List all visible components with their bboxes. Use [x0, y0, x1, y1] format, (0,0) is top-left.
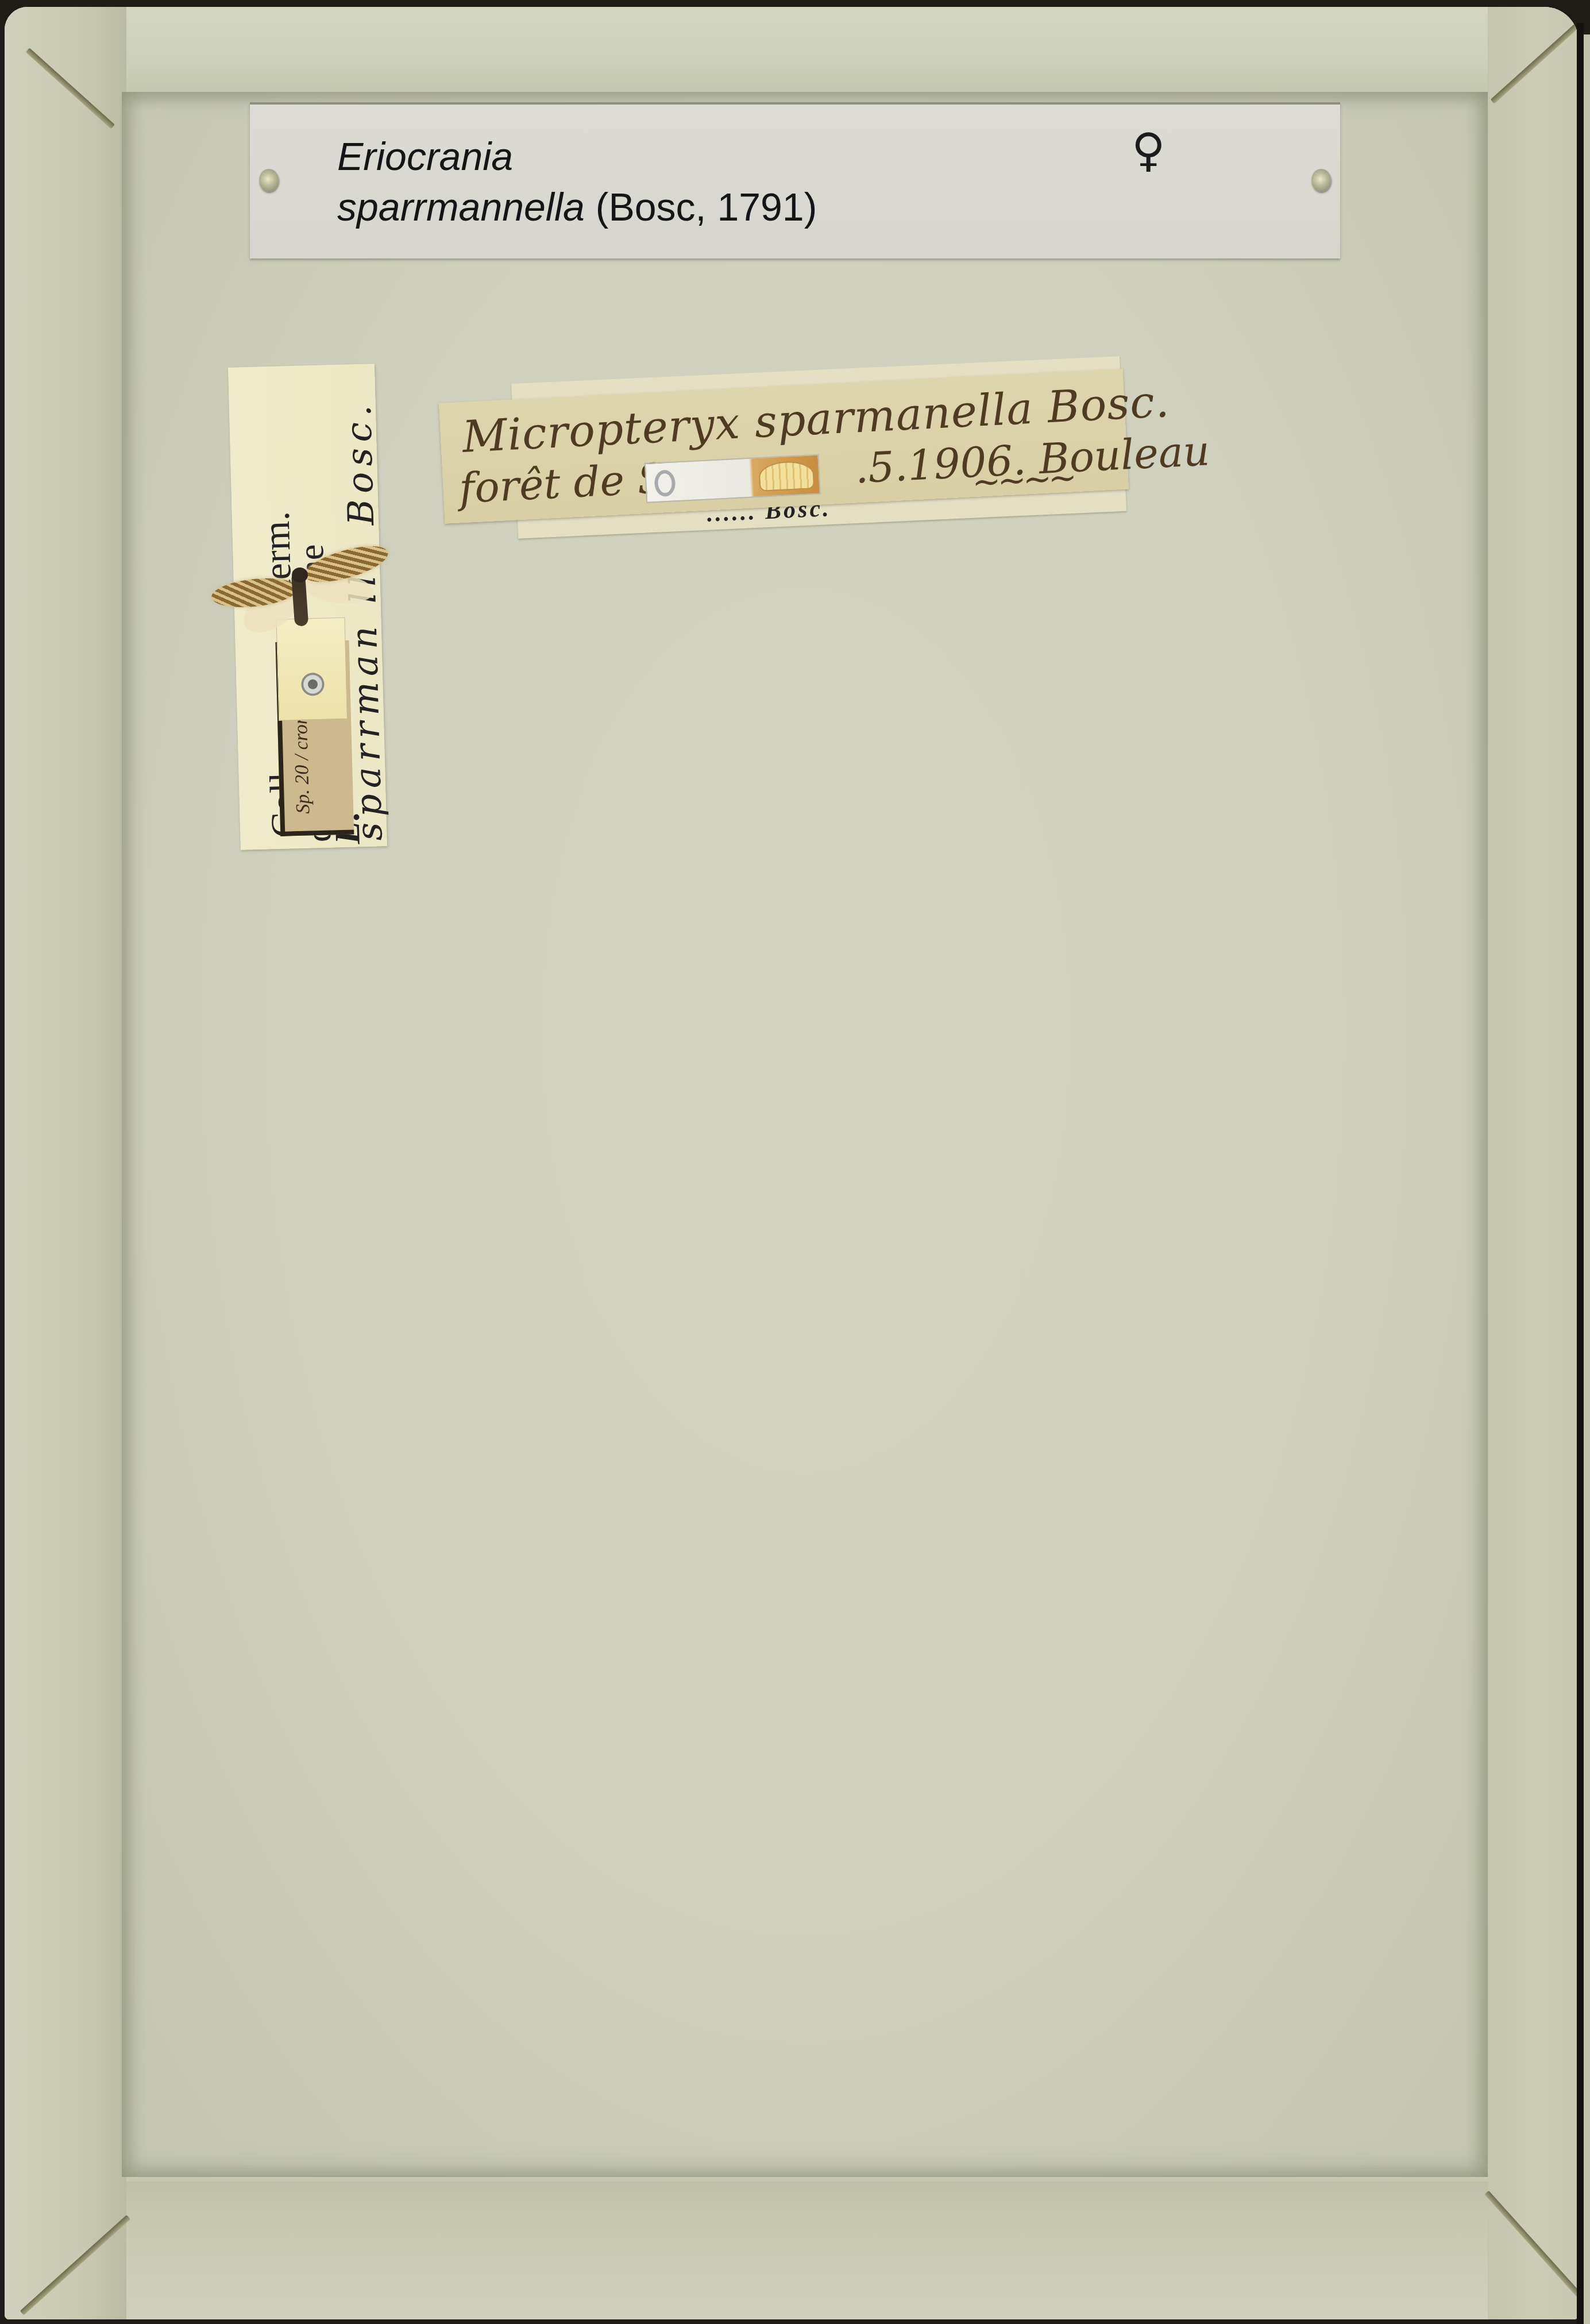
species-authority: (Bosc, 1791) [596, 186, 817, 229]
label-pin-left [259, 169, 279, 192]
species-epithet: sparrmannella [337, 186, 585, 229]
female-sex-icon: ♀ [1132, 128, 1166, 173]
genus-name: Eriocrania [337, 134, 513, 179]
locality-text: forêt de S [458, 454, 667, 512]
species-name-line: sparrmannella (Bosc, 1791) [337, 185, 817, 230]
squiggle-underline: ~~~~ [971, 457, 1074, 503]
pin-icon [301, 673, 325, 696]
label-pin-right [1311, 169, 1331, 192]
tray-gap [1577, 23, 1584, 2324]
species-header-label: Eriocrania sparrmannella (Bosc, 1791) ♀ [250, 102, 1340, 258]
larva-slide-mount [645, 454, 821, 503]
tray-rim-right [1488, 7, 1579, 2319]
neighbor-tray-edge [1584, 34, 1590, 2324]
slide-pin-icon [654, 469, 676, 497]
tray-rim-left [5, 7, 126, 2319]
tray-rim-bottom [5, 2182, 1579, 2319]
tray-rim-top [5, 7, 1579, 105]
moth-head [292, 568, 308, 582]
moth-specimen [207, 540, 391, 655]
larva-specimen [758, 460, 815, 492]
